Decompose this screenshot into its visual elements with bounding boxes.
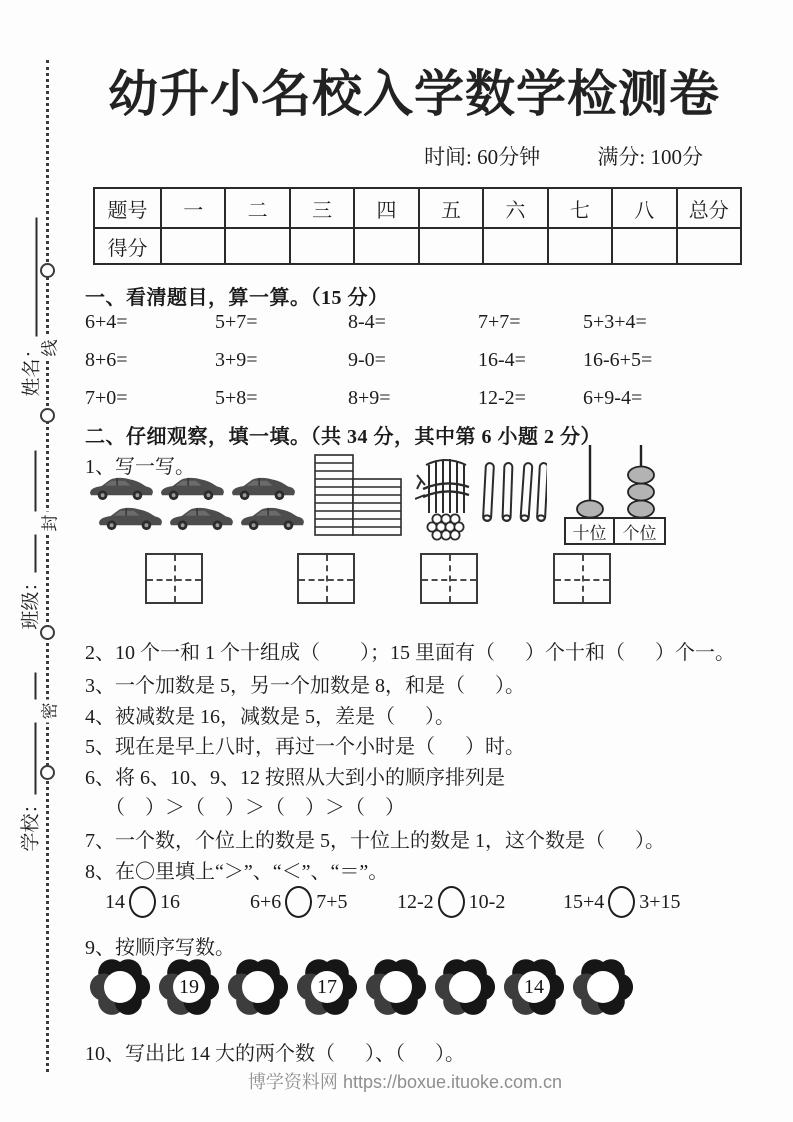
comparison-left: 12-2 xyxy=(397,891,434,914)
sticks-bundle-icon xyxy=(415,451,547,553)
seal-circle-icon xyxy=(40,765,55,780)
question-7: 7、一个数，个位上的数是 5，十位上的数是 1，这个数是（ ）。 xyxy=(85,824,665,853)
seal-circle-icon xyxy=(40,408,55,423)
seal-char-mi: 密 xyxy=(35,700,61,723)
flower-number: 17 xyxy=(295,957,359,1019)
question1-pictures: 1、写一写。 xyxy=(85,443,745,558)
car-icon xyxy=(96,503,164,532)
score-empty-cell xyxy=(677,228,742,264)
calc-problem: 7+0= xyxy=(85,387,215,410)
comparison-left: 14 xyxy=(105,891,125,914)
score-row-label: 得分 xyxy=(94,228,161,264)
calc-problem: 8+9= xyxy=(348,387,478,410)
score-header-cell: 一 xyxy=(161,188,225,228)
page-title: 幼升小名校入学数学检测卷 xyxy=(78,54,750,126)
section1-heading: 一、看清题目，算一算。（15 分） xyxy=(85,281,389,310)
calc-problem: 5+8= xyxy=(215,387,348,410)
comparison-item: 15+43+15 xyxy=(563,886,681,918)
time-limit: 时间: 60分钟 xyxy=(424,145,540,169)
score-table-header-row: 题号 一 二 三 四 五 六 七 八 总分 xyxy=(94,188,741,228)
score-empty-cell xyxy=(225,228,289,264)
comparison-circle xyxy=(129,886,156,918)
writing-grid xyxy=(145,553,203,604)
flower-number xyxy=(571,957,635,1019)
block-stack-icon xyxy=(313,453,405,537)
flower-icon: 17 xyxy=(295,957,359,1019)
question-3: 3、一个加数是 5，另一个加数是 8，和是（ ）。 xyxy=(85,669,525,698)
flower-number xyxy=(226,957,290,1019)
calc-problem: 8+6= xyxy=(85,349,215,372)
comparison-right: 7+5 xyxy=(316,891,347,914)
question-8: 8、在〇里填上“＞”、“＜”、“＝”。 xyxy=(85,855,388,884)
class-field-label: 班级： xyxy=(16,572,43,629)
writing-grid xyxy=(297,553,355,604)
comparison-left: 15+4 xyxy=(563,891,604,914)
comparison-item: 1416 xyxy=(105,886,180,918)
question-8-comparisons: 1416 6+67+5 12-210-2 15+43+15 xyxy=(85,886,745,924)
seal-circle-icon xyxy=(40,625,55,640)
score-header-cell: 总分 xyxy=(677,188,742,228)
flower-icon xyxy=(88,957,152,1019)
score-header-cell: 三 xyxy=(290,188,354,228)
flower-number: 14 xyxy=(502,957,566,1019)
seal-dotted-line xyxy=(46,60,49,1072)
car-icon xyxy=(158,473,226,502)
school-blank-line xyxy=(23,672,37,794)
question-5: 5、现在是早上八时，再过一个小时是（ ）时。 xyxy=(85,730,525,759)
score-header-cell: 五 xyxy=(419,188,483,228)
calc-problem: 6+4= xyxy=(85,311,215,334)
score-header-cell: 八 xyxy=(612,188,676,228)
calc-problem: 3+9= xyxy=(215,349,348,372)
seal-char-feng: 封 xyxy=(35,512,61,535)
score-header-cell: 四 xyxy=(354,188,418,228)
question-9-label: 9、按顺序写数。 xyxy=(85,931,235,960)
score-empty-cell xyxy=(161,228,225,264)
calc-problem: 16-6+5= xyxy=(583,349,652,372)
abacus-tens-label: 十位 xyxy=(564,517,615,545)
flower-icon: 19 xyxy=(157,957,221,1019)
score-empty-cell xyxy=(483,228,547,264)
comparison-circle xyxy=(608,886,635,918)
cars-picture xyxy=(87,473,306,532)
score-table-score-row: 得分 xyxy=(94,228,741,264)
flower-icon xyxy=(226,957,290,1019)
exam-meta: 时间: 60分钟 满分: 100分 xyxy=(85,141,743,171)
question-2: 2、10 个一和 1 个十组成（ ）；15 里面有（ ）个十和（ ）个一。 xyxy=(85,636,735,665)
seal-circle-icon xyxy=(40,263,55,278)
comparison-item: 12-210-2 xyxy=(397,886,505,918)
comparison-right: 10-2 xyxy=(469,891,506,914)
calc-problem: 9-0= xyxy=(348,349,478,372)
score-empty-cell xyxy=(548,228,612,264)
score-empty-cell xyxy=(419,228,483,264)
question-10: 10、写出比 14 大的两个数（ ）、（ ）。 xyxy=(85,1037,465,1066)
calc-problem: 7+7= xyxy=(478,311,583,334)
full-score: 满分: 100分 xyxy=(597,145,703,169)
question-6-answer-line: （ ）＞（ ）＞（ ）＞（ ） xyxy=(105,791,405,820)
name-field: 姓名： xyxy=(17,217,44,396)
flower-icon xyxy=(364,957,428,1019)
abacus-picture: 十位 个位 xyxy=(563,443,669,545)
footer-watermark: 博学资料网 https://boxue.ituoke.com.cn xyxy=(85,1068,725,1094)
question-9-flowers: 19 17 14 xyxy=(88,957,635,1019)
comparison-item: 6+67+5 xyxy=(250,886,348,918)
score-header-cell: 二 xyxy=(225,188,289,228)
comparison-right: 3+15 xyxy=(639,891,680,914)
calc-problem: 6+9-4= xyxy=(583,387,652,410)
exam-paper: 线 封 密 姓名： 班级： 学校： 幼升小名校入学数学检测卷 时间: 60分钟 … xyxy=(0,0,793,1122)
class-field: 班级： xyxy=(16,450,43,629)
calc-problem: 8-4= xyxy=(348,311,478,334)
comparison-circle xyxy=(285,886,312,918)
flower-number xyxy=(364,957,428,1019)
car-icon xyxy=(238,503,306,532)
question-6: 6、将 6、10、9、12 按照从大到小的顺序排列是 xyxy=(85,761,505,790)
writing-grid xyxy=(420,553,478,604)
comparison-circle xyxy=(438,886,465,918)
school-field-label: 学校： xyxy=(16,794,43,851)
calc-problem: 12-2= xyxy=(478,387,583,410)
score-table: 题号 一 二 三 四 五 六 七 八 总分 得分 xyxy=(93,187,742,265)
score-header-cell: 六 xyxy=(483,188,547,228)
flower-number xyxy=(88,957,152,1019)
name-blank-line xyxy=(24,217,38,339)
comparison-left: 6+6 xyxy=(250,891,281,914)
score-empty-cell xyxy=(290,228,354,264)
writing-grid xyxy=(553,553,611,604)
flower-number xyxy=(433,957,497,1019)
score-empty-cell xyxy=(354,228,418,264)
car-icon xyxy=(167,503,235,532)
calc-problem: 5+7= xyxy=(215,311,348,334)
flower-number: 19 xyxy=(157,957,221,1019)
calc-problem: 5+3+4= xyxy=(583,311,652,334)
score-header-cell: 题号 xyxy=(94,188,161,228)
flower-icon xyxy=(433,957,497,1019)
car-icon xyxy=(229,473,297,502)
section1-problems: 6+4= 5+7= 8-4= 7+7= 5+3+4= 8+6= 3+9= 9-0… xyxy=(85,311,652,410)
abacus-beads-icon xyxy=(563,443,669,519)
car-icon xyxy=(87,473,155,502)
seal-char-xian: 线 xyxy=(35,337,61,360)
writing-grids-row xyxy=(85,553,745,611)
question-4: 4、被减数是 16，减数是 5，差是（ ）。 xyxy=(85,700,455,729)
score-empty-cell xyxy=(612,228,676,264)
flower-icon xyxy=(571,957,635,1019)
comparison-right: 16 xyxy=(160,891,180,914)
flower-icon: 14 xyxy=(502,957,566,1019)
score-header-cell: 七 xyxy=(548,188,612,228)
abacus-ones-label: 个位 xyxy=(615,517,666,545)
calc-problem: 16-4= xyxy=(478,349,583,372)
